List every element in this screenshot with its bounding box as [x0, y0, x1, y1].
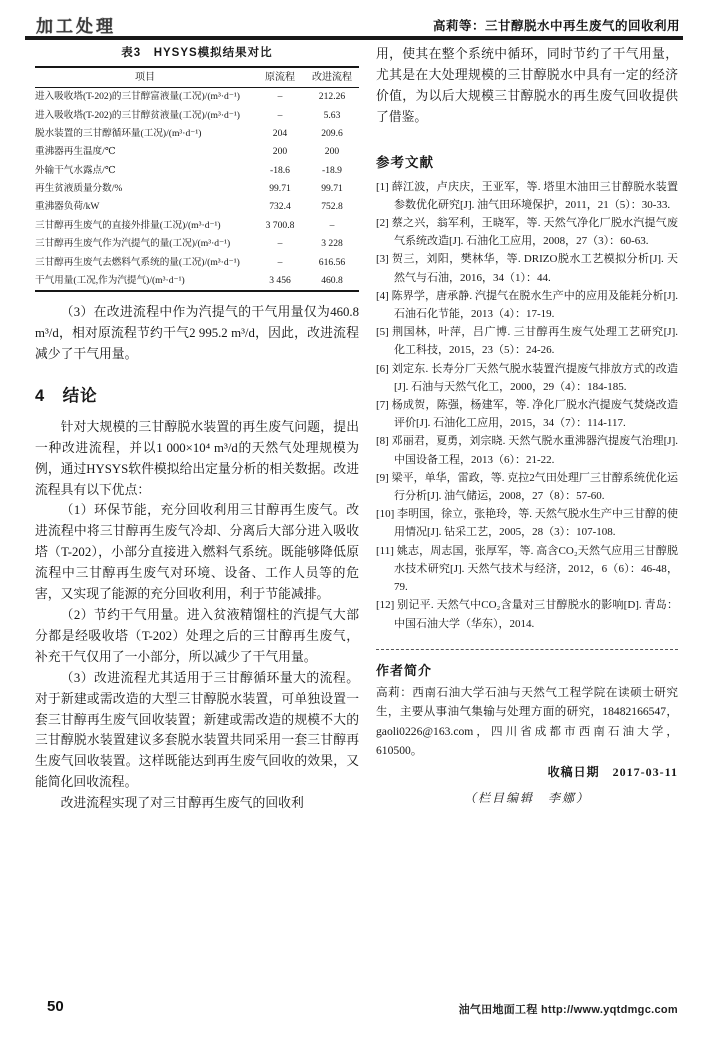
value-original: –	[255, 235, 305, 253]
table-row: 三甘醇再生废气作为汽提气的量(工况)/(m³·d⁻¹) – 3 228	[35, 235, 359, 253]
value-improved: 212.26	[305, 88, 359, 107]
value-improved: 5.63	[305, 106, 359, 124]
value-original: 3 700.8	[255, 217, 305, 235]
row-label: 进入吸收塔(T-202)的三甘醇贫液量(工况)/(m³·d⁻¹)	[35, 106, 255, 124]
results-table: 项目 原流程 改进流程 进入吸收塔(T-202)的三甘醇富液量(工况)/(m³·…	[35, 66, 359, 292]
value-original: –	[255, 106, 305, 124]
row-label: 干气用量(工况,作为汽提气)/(m³·d⁻¹)	[35, 272, 255, 291]
header-rule	[25, 36, 683, 40]
table-row: 外输干气水露点/℃ -18.6 -18.9	[35, 162, 359, 180]
table-row: 重沸器再生温度/℃ 200 200	[35, 143, 359, 161]
reference-item: [2] 蔡之兴，翁军利，王晓军，等. 天然气净化厂脱水汽提气废气系统改造[J].…	[376, 214, 678, 250]
value-original: –	[255, 88, 305, 107]
conclusion-paragraph: （3）改进流程尤其适用于三甘醇循环量大的流程。对于新建或需改造的大型三甘醇脱水装…	[35, 668, 359, 793]
value-improved: 99.71	[305, 180, 359, 198]
row-label: 重沸器再生温度/℃	[35, 143, 255, 161]
reference-item: [6] 刘定东. 长寿分厂天然气脱水装置汽提废气排放方式的改造[J]. 石油与天…	[376, 360, 678, 396]
conclusion-paragraph: （1）环保节能，充分回收利用三甘醇再生废气。改进流程中将三甘醇再生废气冷却、分离…	[35, 500, 359, 605]
value-improved: 752.8	[305, 198, 359, 216]
table-row: 再生贫液质量分数/% 99.71 99.71	[35, 180, 359, 198]
value-improved: –	[305, 217, 359, 235]
page-number: 50	[47, 998, 64, 1015]
table-row: 进入吸收塔(T-202)的三甘醇贫液量(工况)/(m³·d⁻¹) – 5.63	[35, 106, 359, 124]
row-label: 三甘醇再生废气的直接外排量(工况)/(m³·d⁻¹)	[35, 217, 255, 235]
reference-item: [3] 贺三，刘阳，樊林华，等. DRIZO脱水工艺模拟分析[J]. 天然气与石…	[376, 250, 678, 286]
conclusion-paragraph: （2）节约干气用量。进入贫液精馏柱的汽提气大部分都是经吸收塔（T-202）处理之…	[35, 605, 359, 668]
value-original: 732.4	[255, 198, 305, 216]
col-header-original: 原流程	[255, 67, 305, 88]
reference-item: [8] 邓丽君，夏勇，刘宗晓. 天然气脱水重沸器汽提废气治理[J]. 中国设备工…	[376, 432, 678, 468]
row-label: 再生贫液质量分数/%	[35, 180, 255, 198]
value-improved: 209.6	[305, 125, 359, 143]
value-original: -18.6	[255, 162, 305, 180]
table-row: 三甘醇再生废气去燃料气系统的量(工况)/(m³·d⁻¹) – 616.56	[35, 253, 359, 271]
row-label: 进入吸收塔(T-202)的三甘醇富液量(工况)/(m³·d⁻¹)	[35, 88, 255, 107]
reference-item: [10] 李明国，徐立，张艳玲，等. 天然气脱水生产中三甘醇的使用情况[J]. …	[376, 505, 678, 541]
table-row: 三甘醇再生废气的直接外排量(工况)/(m³·d⁻¹) 3 700.8 –	[35, 217, 359, 235]
value-original: –	[255, 253, 305, 271]
table-title: 表3 HYSYS模拟结果对比	[35, 44, 359, 60]
bio-heading: 作者简介	[376, 660, 678, 679]
value-original: 3 456	[255, 272, 305, 291]
row-label: 重沸器负荷/kW	[35, 198, 255, 216]
references-heading: 参考文献	[376, 151, 678, 171]
table-row: 重沸器负荷/kW 732.4 752.8	[35, 198, 359, 216]
paper-page: 加工处理 高莉等：三甘醇脱水中再生废气的回收利用 表3 HYSYS模拟结果对比 …	[0, 0, 711, 1044]
value-improved: 460.8	[305, 272, 359, 291]
reference-item: [5] 荆国林，叶萍，吕广博. 三甘醇再生废气处理工艺研究[J]. 化工科技，2…	[376, 323, 678, 359]
reference-item: [4] 陈界学，唐承静. 汽提气在脱水生产中的应用及能耗分析[J]. 石油石化节…	[376, 287, 678, 323]
reference-item: [12] 别记平. 天然气中CO₂含量对三甘醇脱水的影响[D]. 青岛：中国石油…	[376, 596, 678, 632]
editor-note: （栏目编辑 李娜）	[376, 789, 678, 806]
conclusion-paragraph: 改进流程实现了对三甘醇再生废气的回收利	[35, 793, 359, 814]
right-column: 用，使其在整个系统中循环，同时节约了干气用量，尤其是在大处理规模的三甘醇脱水中具…	[376, 44, 678, 806]
row-label: 脱水装置的三甘醇循环量(工况)/(m³·d⁻¹)	[35, 125, 255, 143]
value-improved: 3 228	[305, 235, 359, 253]
running-title: 高莉等：三甘醇脱水中再生废气的回收利用	[433, 16, 680, 34]
continuation-paragraph: 用，使其在整个系统中循环，同时节约了干气用量，尤其是在大处理规模的三甘醇脱水中具…	[376, 44, 678, 128]
value-original: 200	[255, 143, 305, 161]
row-label: 三甘醇再生废气去燃料气系统的量(工况)/(m³·d⁻¹)	[35, 253, 255, 271]
value-original: 99.71	[255, 180, 305, 198]
table-row: 脱水装置的三甘醇循环量(工况)/(m³·d⁻¹) 204 209.6	[35, 125, 359, 143]
row-label: 外输干气水露点/℃	[35, 162, 255, 180]
bio-text: 高莉：西南石油大学石油与天然气工程学院在读硕士研究生，主要从事油气集输与处理方面…	[376, 683, 678, 761]
conclusion-heading: 4 结论	[35, 382, 359, 406]
journal-footer: 油气田地面工程 http://www.yqtdmgc.com	[459, 1001, 678, 1017]
value-original: 204	[255, 125, 305, 143]
section-label: 加工处理	[36, 12, 116, 37]
value-improved: 200	[305, 143, 359, 161]
conclusion-paragraph: 针对大规模的三甘醇脱水装置的再生废气问题，提出一种改进流程，并以1 000×10…	[35, 417, 359, 501]
reference-item: [1] 薛江波，卢庆庆，王亚军，等. 塔里木油田三甘醇脱水装置参数优化研究[J]…	[376, 178, 678, 214]
table-row: 进入吸收塔(T-202)的三甘醇富液量(工况)/(m³·d⁻¹) – 212.2…	[35, 88, 359, 107]
reference-item: [7] 杨成贺，陈强，杨建军，等. 净化厂脱水汽提废气焚烧改造评价[J]. 石油…	[376, 396, 678, 432]
row-label: 三甘醇再生废气作为汽提气的量(工况)/(m³·d⁻¹)	[35, 235, 255, 253]
col-header-improved: 改进流程	[305, 67, 359, 88]
table-row: 干气用量(工况,作为汽提气)/(m³·d⁻¹) 3 456 460.8	[35, 272, 359, 291]
left-column: 表3 HYSYS模拟结果对比 项目 原流程 改进流程 进入吸收塔(T-202)的…	[35, 44, 359, 814]
bio-divider	[376, 649, 678, 650]
point3-paragraph: （3）在改进流程中作为汽提气的干气用量仅为460.8 m³/d，相对原流程节约干…	[35, 302, 359, 365]
value-improved: 616.56	[305, 253, 359, 271]
value-improved: -18.9	[305, 162, 359, 180]
col-header-item: 项目	[35, 67, 255, 88]
received-date: 收稿日期 2017-03-11	[376, 763, 678, 780]
reference-item: [11] 姚志，周志国，张厚军，等. 高含CO₂天然气应用三甘醇脱水技术研究[J…	[376, 542, 678, 597]
reference-item: [9] 梁平，单华，雷政，等. 克拉2气田处理厂三甘醇系统优化运行分析[J]. …	[376, 469, 678, 505]
table-header-row: 项目 原流程 改进流程	[35, 67, 359, 88]
